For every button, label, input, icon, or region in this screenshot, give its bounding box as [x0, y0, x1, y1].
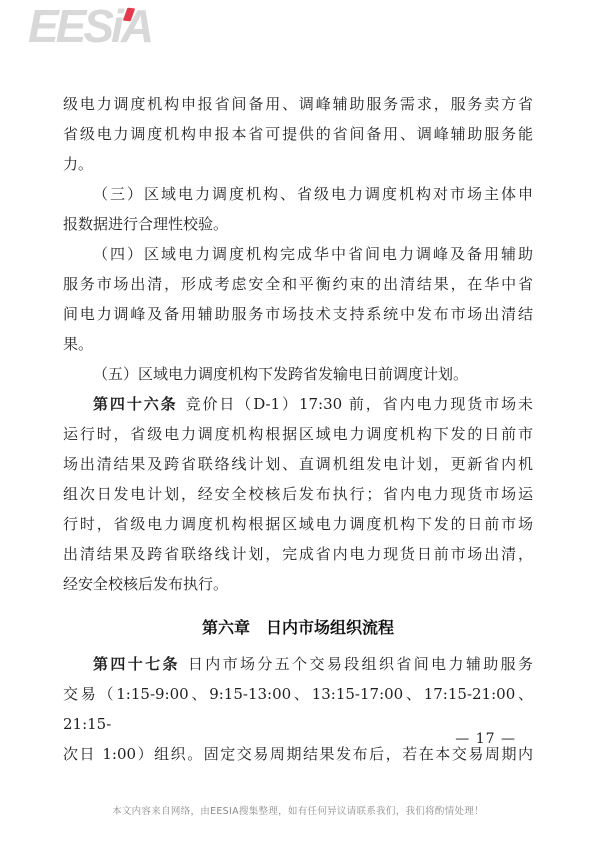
document-page: EESiA 级电力调度机构申报省间备用、调峰辅助服务需求，服务卖方省 省级电力调…: [0, 0, 596, 842]
body-line-item-4: （四）区域电力调度机构完成华中省间电力调峰及备用辅助: [63, 239, 533, 269]
body-line: 场出清结果及跨省联络线计划、直调机组发电计划，更新省内机: [63, 449, 533, 479]
body-line: 力。: [63, 149, 533, 179]
body-line: 运行时，省级电力调度机构根据区域电力调度机构下发的日前市: [63, 419, 533, 449]
body-line: 级电力调度机构申报省间备用、调峰辅助服务需求，服务卖方省: [63, 89, 533, 119]
body-line: 组次日发电计划，经安全校核后发布执行；省内电力现货市场运: [63, 479, 533, 509]
article-47-term: 第四十七条: [93, 655, 180, 673]
logo-letter-i: i: [111, 0, 121, 52]
article-47-text: 日内市场分五个交易段组织省间电力辅助服务: [188, 655, 533, 673]
chapter-heading: 第六章 日内市场组织流程: [63, 613, 533, 643]
article-46-text: 竞价日（D-1）17:30 前，省内电力现货市场未: [186, 395, 533, 413]
body-line: 行时，省级电力调度机构根据区域电力调度机构下发的日前市场: [63, 509, 533, 539]
article-46-line: 第四十六条竞价日（D-1）17:30 前，省内电力现货市场未: [63, 389, 533, 419]
article-46-term: 第四十六条: [93, 395, 178, 413]
footer-watermark: 本文内容来自网络，由EESIA搜集整理，如有任何异议请联系我们，我们将酌情处理！: [0, 803, 596, 817]
body-line: 经安全校核后发布执行。: [63, 569, 533, 599]
body-line: 服务市场出清，形成考虑安全和平衡约束的出清结果，在华中省: [63, 269, 533, 299]
logo-text-pre: EES: [28, 0, 111, 52]
article-47-line: 第四十七条日内市场分五个交易段组织省间电力辅助服务: [63, 649, 533, 679]
eesia-logo: EESiA: [28, 2, 151, 50]
body-line-item-5: （五）区域电力调度机构下发跨省发输电日前调度计划。: [63, 359, 533, 389]
document-body: 级电力调度机构申报省间备用、调峰辅助服务需求，服务卖方省 省级电力调度机构申报本…: [63, 89, 533, 769]
body-line: 报数据进行合理性校验。: [63, 209, 533, 239]
body-line: 交易（1:15-9:00、9:15-13:00、13:15-17:00、17:1…: [63, 679, 533, 739]
body-line: 出清结果及跨省联络线计划，完成省内电力现货日前市场出清，: [63, 539, 533, 569]
page-number: — 17 —: [455, 731, 516, 747]
logo-text-post: A: [121, 0, 151, 52]
body-line: 果。: [63, 329, 533, 359]
body-line: 省级电力调度机构申报本省可提供的省间备用、调峰辅助服务能: [63, 119, 533, 149]
body-line: 间电力调峰及备用辅助服务市场技术支持系统中发布市场出清结: [63, 299, 533, 329]
body-line-item-3: （三）区域电力调度机构、省级电力调度机构对市场主体申: [63, 179, 533, 209]
